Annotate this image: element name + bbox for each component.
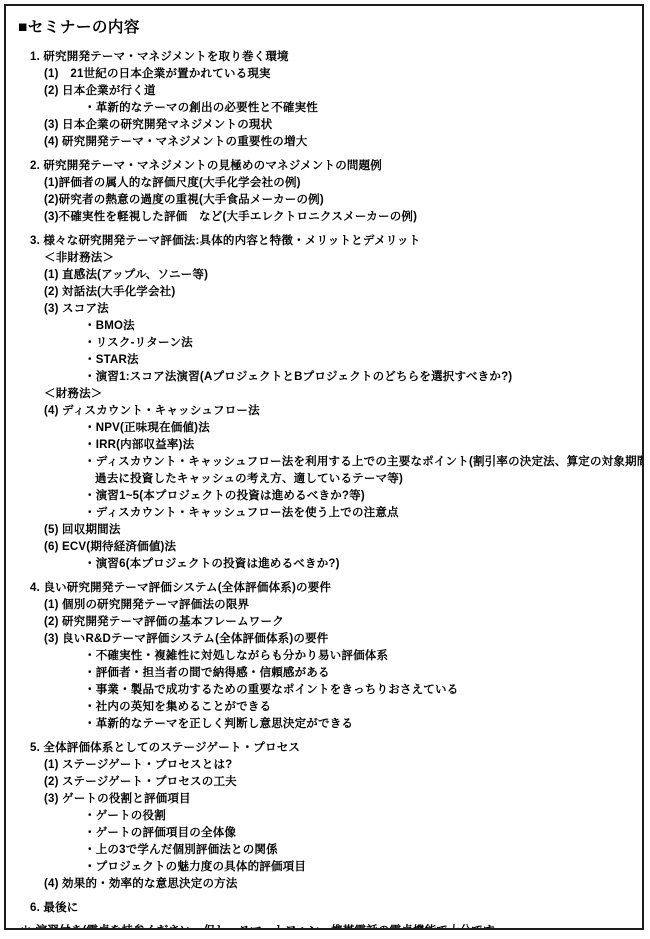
outline-line: (3) スコア法 bbox=[6, 301, 642, 318]
outline-line: 6. 最後に bbox=[6, 900, 642, 917]
outline-line: 1. 研究開発テーマ・マネジメントを取り巻く環境 bbox=[6, 49, 642, 66]
outline-line: ・事業・製品で成功するための重要なポイントをきっちりおさえている bbox=[6, 682, 642, 699]
outline-line: (2) 日本企業が行く道 bbox=[6, 83, 642, 100]
outline-line: (1) ステージゲート・プロセスとは? bbox=[6, 757, 642, 774]
outline-line: (4) ディスカウント・キャッシュフロー法 bbox=[6, 403, 642, 420]
outline-line: (3)不確実性を軽視した評価 など(大手エレクトロニクスメーカーの例) bbox=[6, 209, 642, 226]
outline-line: (2) 対話法(大手化学会社) bbox=[6, 284, 642, 301]
page-title: ■セミナーの内容 bbox=[18, 17, 642, 38]
outline-line: (2)研究者の熱意の過度の重視(大手食品メーカーの例) bbox=[6, 192, 642, 209]
outline-line: ・ディスカウント・キャッシュフロー法を利用する上での主要なポイント(割引率の決定… bbox=[6, 454, 642, 471]
outline-line: ・ゲートの評価項目の全体像 bbox=[6, 825, 642, 842]
outline-line: ・IRR(内部収益率)法 bbox=[6, 437, 642, 454]
footnote: ＊:演習付き(電卓を持参ください。但し、スマートフォン・携帯電話の電卓機能で十分… bbox=[6, 923, 642, 930]
outline-line: ＜非財務法＞ bbox=[6, 250, 642, 267]
outline-line: ・評価者・担当者の間で納得感・信頼感がある bbox=[6, 665, 642, 682]
outline-line: (2) ステージゲート・プロセスの工夫 bbox=[6, 774, 642, 791]
document-page: ■セミナーの内容 1. 研究開発テーマ・マネジメントを取り巻く環境(1) 21世… bbox=[4, 4, 644, 930]
outline-line: ・STAR法 bbox=[6, 352, 642, 369]
outline-line: (5) 回収期間法 bbox=[6, 522, 642, 539]
outline-line: 5. 全体評価体系としてのステージゲート・プロセス bbox=[6, 740, 642, 757]
outline-line: (3) ゲートの役割と評価項目 bbox=[6, 791, 642, 808]
outline-line: ・不確実性・複雑性に対処しながらも分かり易い評価体系 bbox=[6, 648, 642, 665]
outline-line: ・革新的なテーマを正しく判断し意思決定ができる bbox=[6, 716, 642, 733]
outline-line: ・演習6(本プロジェクトの投資は進めるべきか?) bbox=[6, 556, 642, 573]
outline-line: ・プロジェクトの魅力度の具体的評価項目 bbox=[6, 859, 642, 876]
outline-line: (1) 21世紀の日本企業が置かれている現実 bbox=[6, 66, 642, 83]
outline-line: (3) 良いR&Dテーマ評価システム(全体評価体系)の要件 bbox=[6, 631, 642, 648]
outline-line: (1)評価者の属人的な評価尺度(大手化学会社の例) bbox=[6, 175, 642, 192]
outline-line: ＜財務法＞ bbox=[6, 386, 642, 403]
outline-line: (6) ECV(期待経済価値)法 bbox=[6, 539, 642, 556]
outline-line: 過去に投資したキャッシュの考え方、適しているテーマ等) bbox=[6, 471, 642, 488]
outline-line: 2. 研究開発テーマ・マネジメントの見極めのマネジメントの問題例 bbox=[6, 158, 642, 175]
outline-line: (1) 個別の研究開発テーマ評価法の限界 bbox=[6, 597, 642, 614]
outline-line: ・社内の英知を集めることができる bbox=[6, 699, 642, 716]
outline-line: ・ディスカウント・キャッシュフロー法を使う上での注意点 bbox=[6, 505, 642, 522]
outline-line: ・演習1:スコア法演習(AプロジェクトとBプロジェクトのどちらを選択すべきか?) bbox=[6, 369, 642, 386]
outline-line: (3) 日本企業の研究開発マネジメントの現状 bbox=[6, 117, 642, 134]
outline-line: ・演習1~5(本プロジェクトの投資は進めるべきか?等) bbox=[6, 488, 642, 505]
outline-line: ・ゲートの役割 bbox=[6, 808, 642, 825]
outline-line: (2) 研究開発テーマ評価の基本フレームワーク bbox=[6, 614, 642, 631]
outline-line: ・革新的なテーマの創出の必要性と不確実性 bbox=[6, 100, 642, 117]
outline-line: ・上の3で学んだ個別評価法との関係 bbox=[6, 842, 642, 859]
outline-line: (4) 研究開発テーマ・マネジメントの重要性の増大 bbox=[6, 134, 642, 151]
outline-line: ・BMO法 bbox=[6, 318, 642, 335]
outline-line: ・リスク-リターン法 bbox=[6, 335, 642, 352]
outline-line: ・NPV(正味現在価値)法 bbox=[6, 420, 642, 437]
outline-line: (4) 効果的・効率的な意思決定の方法 bbox=[6, 876, 642, 893]
outline-line: 4. 良い研究開発テーマ評価システム(全体評価体系)の要件 bbox=[6, 580, 642, 597]
seminar-outline: 1. 研究開発テーマ・マネジメントを取り巻く環境(1) 21世紀の日本企業が置か… bbox=[6, 49, 642, 917]
outline-line: (1) 直感法(アップル、ソニー等) bbox=[6, 267, 642, 284]
outline-line: 3. 様々な研究開発テーマ評価法:具体的内容と特徴・メリットとデメリット bbox=[6, 233, 642, 250]
